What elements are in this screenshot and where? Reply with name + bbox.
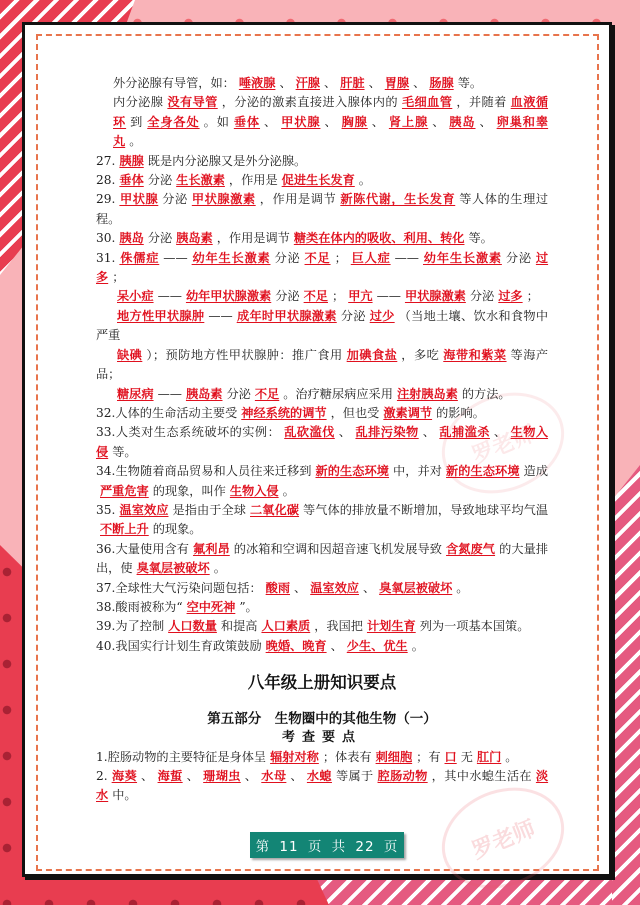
line-text: 、 [339,425,352,439]
line-text: 。 [214,561,226,575]
answer-blank: 糖尿病 [113,387,158,401]
answer-blank: 甲状腺激素 [188,192,260,206]
answer-blank: 海带和紫菜 [439,348,510,362]
section-title: 第五部分 生物圈中的其他生物（一） [96,709,548,729]
answer-blank: 生物入侵 [226,484,283,498]
line-text: 、 [331,639,343,653]
line-text: —— [395,251,419,265]
line-text: 、 [423,425,436,439]
page-heading: 八年级上册知识要点 [96,673,548,692]
line-text: 35. [96,503,115,517]
line-text: —— [377,289,401,303]
line-text: 的冰箱和空调和因超音速飞机发展导致 [234,542,442,556]
text-line: 30.胰岛分泌胰岛素，作用是调节糖类在体内的吸收、利用、转化等。 [96,229,548,248]
line-text: 。 [456,581,468,595]
background-stripes-right-bottom [612,465,640,905]
background-dots-bottom [0,877,330,905]
answer-blank: 乱排污染物 [351,425,422,439]
text-line: 40.我国实行计划生育政策鼓励晚婚、晚育、少生、优生。 [96,637,548,656]
answer-blank: 水母 [257,769,290,783]
answer-blank: 胰腺 [115,154,147,168]
line-text: 、 [480,115,493,129]
answer-blank: 严重危害 [96,484,153,498]
answer-blank: 甲状腺 [277,115,324,129]
line-text: 。 [359,173,371,187]
answer-blank: 水螅 [303,769,336,783]
line-text: 等属于 [336,769,374,783]
answer-blank: 乱砍滥伐 [280,425,339,439]
background-stripes-left-top [0,0,22,275]
answer-blank: 肛门 [473,750,505,764]
line-text: ）；预防地方性甲状腺肿：推广食用 [146,348,342,362]
line-text: 、 [264,115,277,129]
line-text: 中。 [112,788,136,802]
answer-blank: 乱捕滥杀 [435,425,494,439]
line-text: ； [335,251,347,265]
answer-blank: 肠腺 [425,76,457,90]
text-line: 31.侏儒症——幼年生长激素分泌不足；巨人症——幼年生长激素分泌过多； [96,249,548,288]
text-line: 36.大量使用含有氟利昂的冰箱和空调和因超音速飞机发展导致含氮废气的大量排出，使… [96,540,548,579]
line-text: 等。 [112,445,136,459]
document-body: 外分泌腺有导管，如：唾液腺、汗腺、肝脏、胃腺、肠腺等。内分泌腺没有导管，分泌的激… [96,74,548,806]
answer-blank: 口 [441,750,461,764]
line-text: ，我国把 [314,619,363,633]
answer-blank: 注射胰岛素 [393,387,462,401]
answer-list-part2: 1.腔肠动物的主要特征是身体呈辐射对称；体表有刺细胞；有口无肛门。2.海葵、海蜇… [96,748,548,806]
answer-blank: 含氮废气 [442,542,499,556]
text-line: 糖尿病——胰岛素分泌不足。治疗糖尿病应采用注射胰岛素的方法。 [96,385,548,404]
line-text: 是指由于全球 [172,503,246,517]
text-line: 37.全球性大气污染问题包括：酸雨、温室效应、臭氧层被破坏。 [96,579,548,598]
line-text: 、 [187,769,200,783]
background-dots-bottom-left [0,545,22,905]
text-line: 38.酸雨被称为“空中死神”。 [96,598,548,617]
answer-blank: 人口数量 [164,619,221,633]
text-line: 35.温室效应是指由于全球二氧化碳等气体的排放量不断增加，导致地球平均气温不断上… [96,501,548,540]
answer-list-part1: 外分泌腺有导管，如：唾液腺、汗腺、肝脏、胃腺、肠腺等。内分泌腺没有导管，分泌的激… [96,74,548,656]
line-text: 32.人体的生命活动主要受 [96,406,237,420]
line-text: 、 [372,115,385,129]
answer-blank: 促进生长发育 [278,173,359,187]
line-text: 分泌 [275,289,299,303]
line-text: 的方法。 [462,387,511,401]
answer-blank: 少生、优生 [343,639,412,653]
line-text: 。 [412,639,424,653]
line-text: 分泌 [506,251,532,265]
line-text: 分泌 [148,231,172,245]
answer-blank: 甲状腺 [115,192,162,206]
line-text: 分泌 [162,192,188,206]
answer-blank: 不足 [300,289,332,303]
line-text: 等。 [468,231,492,245]
answer-blank: 垂体 [115,173,147,187]
text-line: 32.人体的生命活动主要受神经系统的调节，但也受激素调节的影响。 [96,404,548,423]
line-text: 。 [129,134,141,148]
answer-blank: 不足 [301,251,335,265]
line-text: 37.全球性大气污染问题包括： [96,581,262,595]
answer-blank: 晚婚、晚育 [262,639,331,653]
answer-blank: 不足 [251,387,283,401]
line-text: ，分泌的激素直接进入腺体内的 [222,95,398,109]
answer-blank: 缺碘 [113,348,146,362]
text-line: 27.胰腺既是内分泌腺又是外分泌腺。 [96,152,548,171]
line-text: 造成 [524,464,548,478]
text-line: 内分泌腺没有导管，分泌的激素直接进入腺体内的毛细血管，并随着血液循环到全身各处。… [96,93,548,151]
line-text: ； [527,289,539,303]
line-text: 到 [130,115,143,129]
line-text: 、 [369,76,381,90]
line-text: 中，并对 [393,464,442,478]
answer-blank: 酸雨 [262,581,294,595]
answer-blank: 胰岛 [445,115,479,129]
answer-blank: 氟利昂 [189,542,234,556]
answer-blank: 幼年生长激素 [419,251,506,265]
answer-blank: 糖类在体内的吸收、利用、转化 [290,231,469,245]
answer-blank: 侏儒症 [115,251,163,265]
line-text: 39.为了控制 [96,619,164,633]
text-line: 33.人类对生态系统破坏的实例：乱砍滥伐、乱排污染物、乱捕滥杀、生物入侵等。 [96,423,548,462]
line-text: ；体表有 [323,750,372,764]
answer-blank: 过多 [494,289,526,303]
line-text: 、 [141,769,154,783]
answer-blank: 空中死神 [183,600,240,614]
line-text: ，并随着 [456,95,506,109]
answer-blank: 加碘食盐 [343,348,402,362]
line-text: 的影响。 [436,406,485,420]
answer-blank: 肾上腺 [385,115,432,129]
line-text: ； [332,289,344,303]
answer-blank: 二氧化碳 [246,503,303,517]
line-text: 分泌 [227,387,251,401]
answer-blank: 臭氧层被破坏 [133,561,214,575]
line-text: 内分泌腺 [113,95,163,109]
line-text: 、 [324,76,336,90]
answer-blank: 胰岛 [115,231,147,245]
line-text: 31. [96,251,115,265]
text-line: 地方性甲状腺肿——成年时甲状腺激素分泌过少（当地土壤、饮水和食物中严重 [96,307,548,346]
line-text: 。 [505,750,517,764]
text-line: 1.腔肠动物的主要特征是身体呈辐射对称；体表有刺细胞；有口无肛门。 [96,748,548,767]
answer-blank: 过少 [366,309,399,323]
answer-blank: 海葵 [108,769,141,783]
line-text: 29. [96,192,115,206]
answer-blank: 温室效应 [115,503,172,517]
line-text: 、 [290,769,303,783]
answer-blank: 没有导管 [163,95,221,109]
answer-blank: 胰岛素 [172,231,217,245]
answer-blank: 地方性甲状腺肿 [113,309,208,323]
line-text: 30. [96,231,115,245]
line-text: 分泌 [148,173,172,187]
line-text: ；有 [416,750,440,764]
answer-blank: 全身各处 [143,115,203,129]
answer-blank: 甲亢 [344,289,376,303]
answer-blank: 海蜇 [154,769,187,783]
answer-blank: 甲状腺激素 [401,289,470,303]
answer-blank: 不断上升 [96,522,153,536]
line-text: 和提高 [221,619,258,633]
answer-blank: 辐射对称 [266,750,323,764]
line-text: 。 [283,484,295,498]
line-text: 。如 [204,115,230,129]
answer-blank: 新的生态环境 [312,464,394,478]
text-line: 呆小症——幼年甲状腺激素分泌不足；甲亢——甲状腺激素分泌过多； [96,287,548,306]
line-text: 、 [494,425,507,439]
line-text: —— [158,387,182,401]
line-text: 既是内分泌腺又是外分泌腺。 [148,154,306,168]
line-text: —— [208,309,232,323]
line-text: ，多吃 [401,348,439,362]
line-text: ，其中水螅生活在 [432,769,532,783]
line-text: 等。 [458,76,482,90]
line-text: ； [112,270,124,284]
line-text: 、 [324,115,337,129]
line-text: 无 [461,750,473,764]
line-text: 、 [294,581,306,595]
answer-blank: 刺细胞 [372,750,417,764]
line-text: 、 [413,76,425,90]
section-subtitle: 考查要点 [96,729,548,747]
answer-blank: 毛细血管 [398,95,456,109]
line-text: 分泌 [275,251,301,265]
line-text: 36.大量使用含有 [96,542,189,556]
line-text: ，作用是调节 [217,231,290,245]
line-text: 33.人类对生态系统破坏的实例： [96,425,280,439]
line-text: —— [158,289,182,303]
line-text: 、 [363,581,375,595]
answer-blank: 汗腺 [292,76,324,90]
text-line: 外分泌腺有导管，如：唾液腺、汗腺、肝脏、胃腺、肠腺等。 [96,74,548,93]
line-text: 外分泌腺有导管，如： [113,76,235,90]
line-text: 40.我国实行计划生育政策鼓励 [96,639,262,653]
answer-blank: 胰岛素 [182,387,227,401]
text-line: 29.甲状腺分泌甲状腺激素，作用是调节新陈代谢，生长发育等人体的生理过程。 [96,190,548,229]
line-text: ”。 [239,600,257,614]
answer-blank: 珊瑚虫 [199,769,245,783]
line-text: 、 [245,769,258,783]
answer-blank: 新陈代谢，生长发育 [336,192,459,206]
answer-blank: 成年时甲状腺激素 [233,309,341,323]
answer-blank: 温室效应 [306,581,363,595]
line-text: 、 [432,115,445,129]
line-text: 28. [96,173,115,187]
line-text: 1.腔肠动物的主要特征是身体呈 [96,750,266,764]
line-text: —— [163,251,187,265]
answer-blank: 臭氧层被破坏 [375,581,456,595]
text-line: 2.海葵、海蜇、珊瑚虫、水母、水螅等属于腔肠动物，其中水螅生活在淡水中。 [96,767,548,806]
line-text: 分泌 [470,289,494,303]
line-text: 等气体的排放量不断增加，导致地球平均气温 [303,503,548,517]
answer-blank: 呆小症 [113,289,158,303]
line-text: 列为一项基本国策。 [420,619,530,633]
answer-blank: 新的生态环境 [442,464,524,478]
line-text: 的现象，叫作 [153,484,226,498]
line-text: 。治疗糖尿病应采用 [283,387,393,401]
text-line: 缺碘）；预防地方性甲状腺肿：推广食用加碘食盐，多吃海带和紫菜等海产品； [96,346,548,385]
line-text: ，作用是 [229,173,278,187]
text-line: 34.生物随着商品贸易和人员往来迁移到新的生态环境中，并对新的生态环境造成严重危… [96,462,548,501]
answer-blank: 胃腺 [381,76,413,90]
line-text: 27. [96,154,115,168]
line-text: 的现象。 [153,522,202,536]
line-text: 38.酸雨被称为“ [96,600,183,614]
text-line: 28.垂体分泌生长激素，作用是促进生长发育。 [96,171,548,190]
line-text: 2. [96,769,108,783]
line-text: 、 [279,76,291,90]
answer-blank: 激素调节 [379,406,436,420]
answer-blank: 垂体 [230,115,264,129]
answer-blank: 肝脏 [336,76,368,90]
answer-blank: 巨人症 [347,251,395,265]
answer-blank: 胸腺 [338,115,372,129]
answer-blank: 唾液腺 [235,76,280,90]
answer-blank: 计划生育 [363,619,420,633]
answer-blank: 生长激素 [172,173,229,187]
answer-blank: 幼年生长激素 [188,251,275,265]
answer-blank: 幼年甲状腺激素 [182,289,275,303]
line-text: ，作用是调节 [260,192,337,206]
line-text: 分泌 [341,309,366,323]
answer-blank: 神经系统的调节 [237,406,330,420]
answer-blank: 腔肠动物 [374,769,432,783]
line-text: 34.生物随着商品贸易和人员往来迁移到 [96,464,312,478]
text-line: 39.为了控制人口数量和提高人口素质，我国把计划生育列为一项基本国策。 [96,617,548,636]
page-indicator: 第 11 页 共 22 页 [250,832,404,858]
line-text: ，但也受 [331,406,380,420]
answer-blank: 人口素质 [257,619,314,633]
